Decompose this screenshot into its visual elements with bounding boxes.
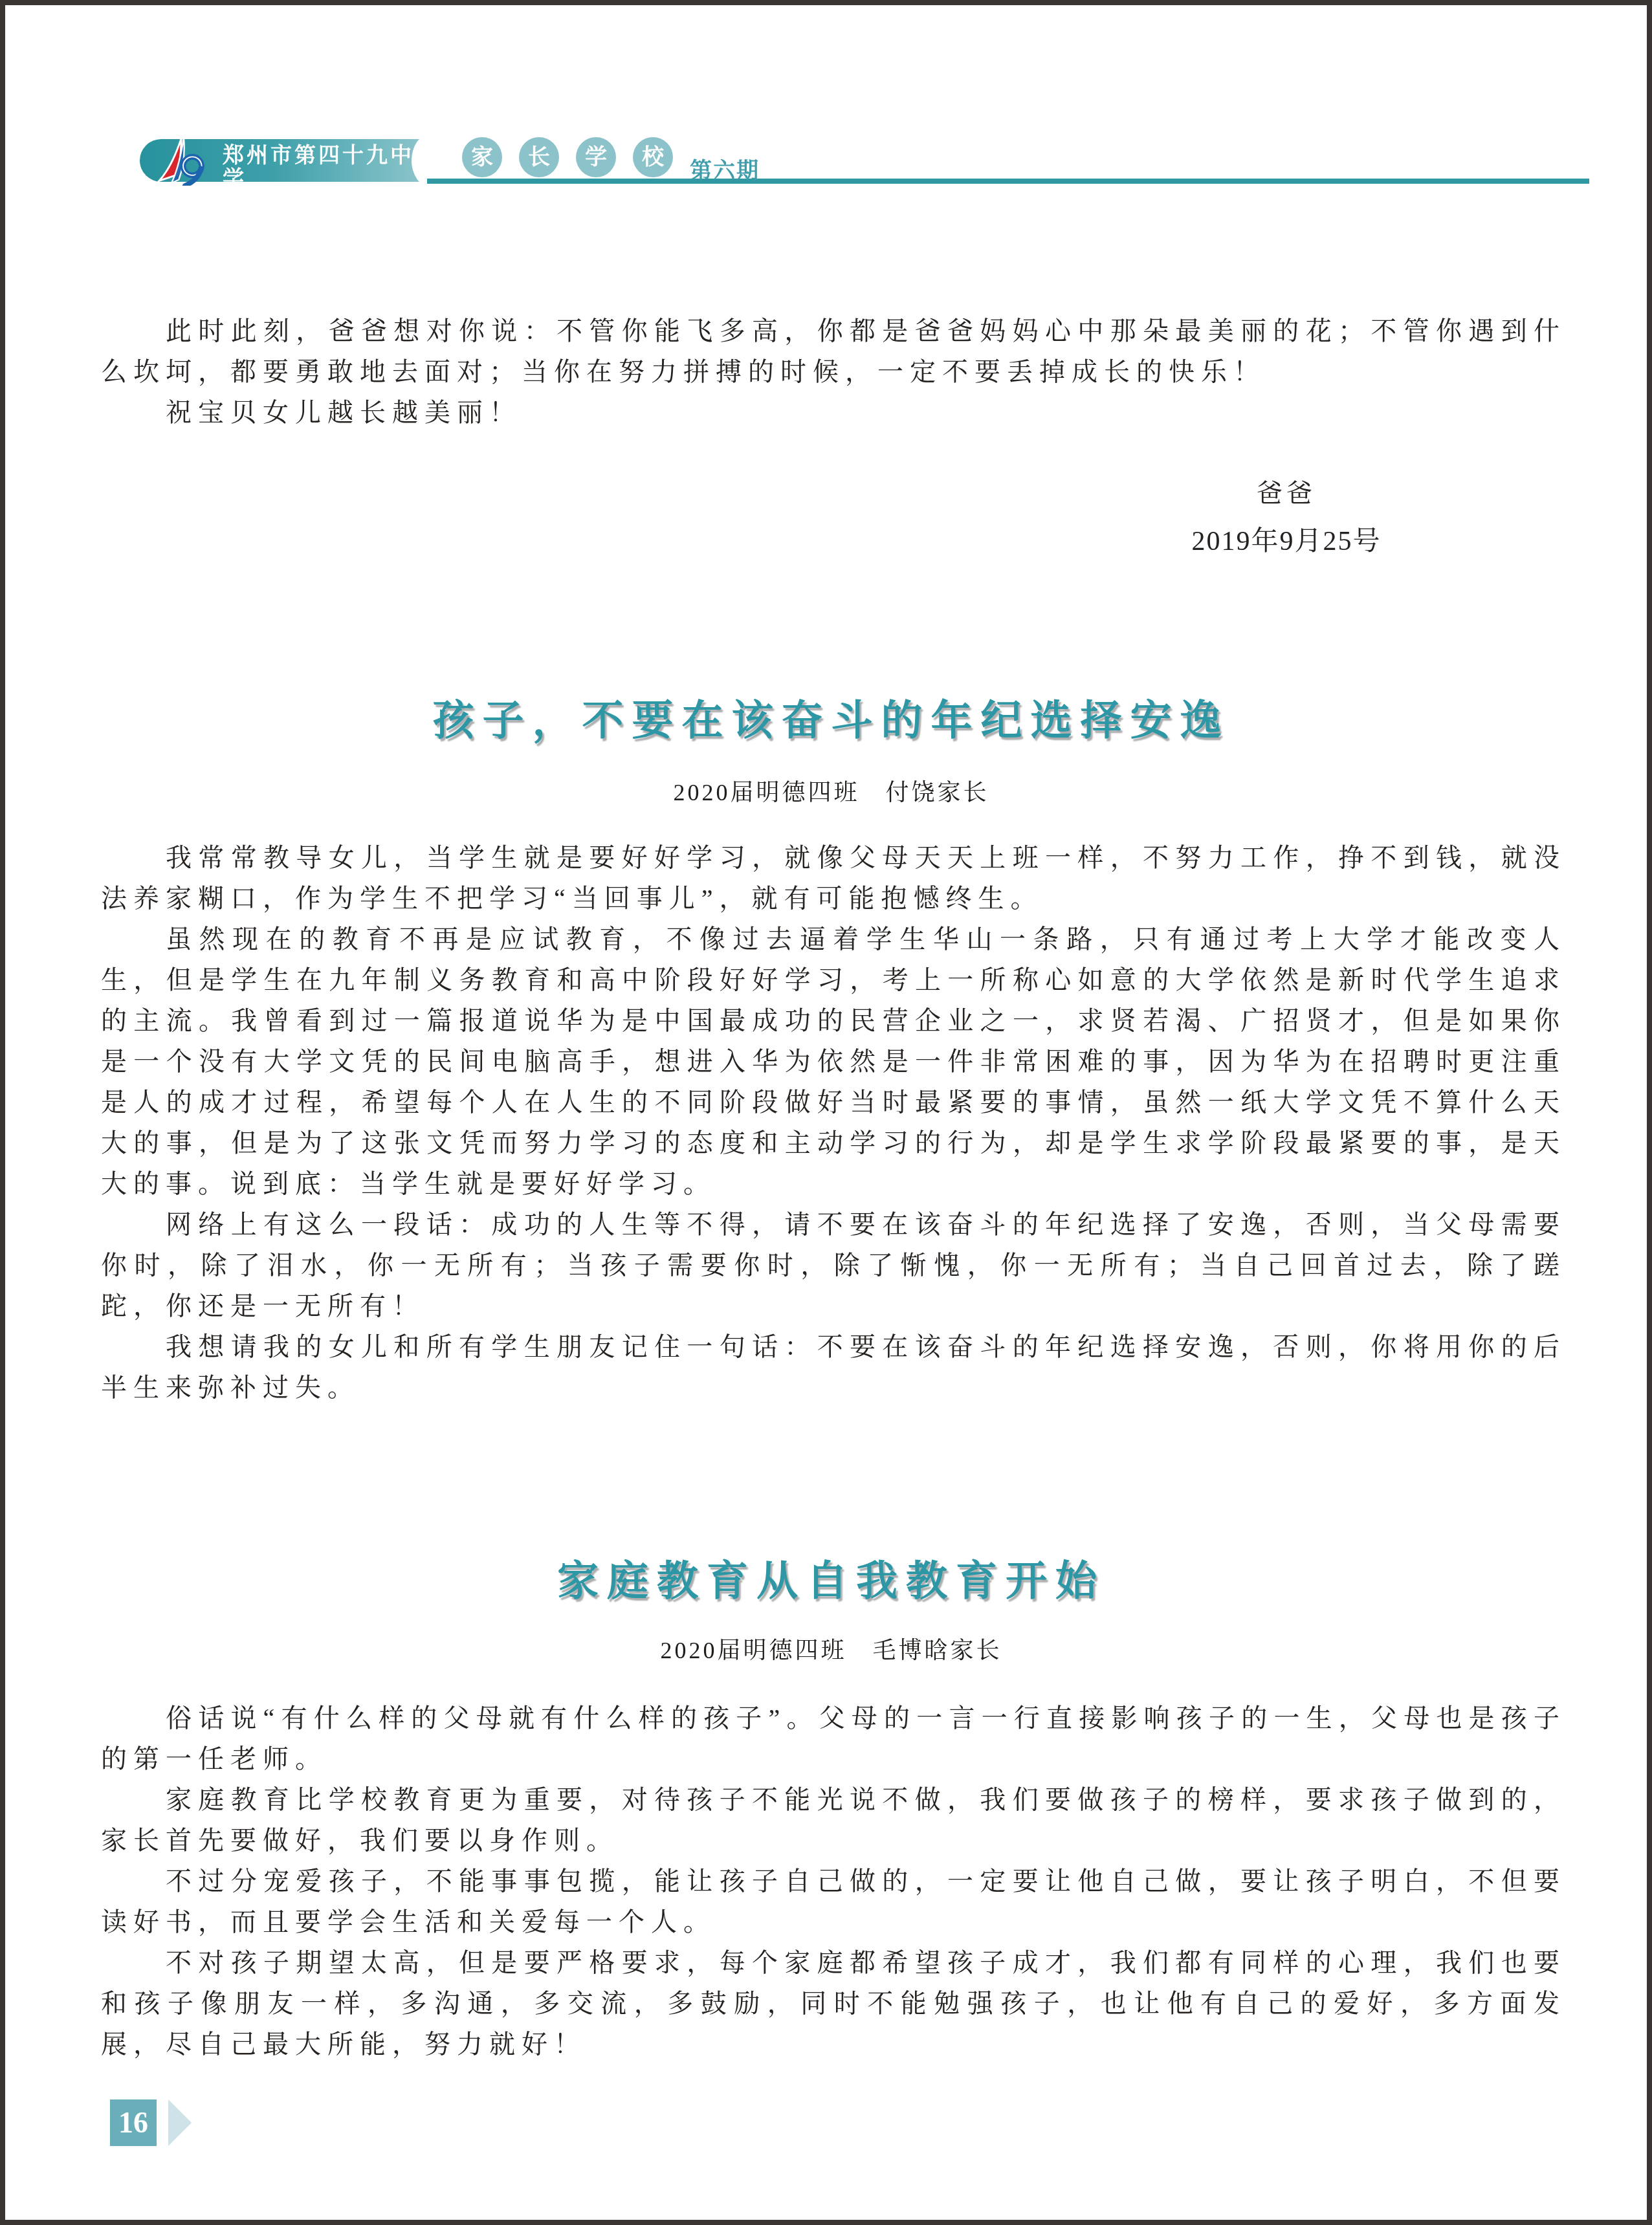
- letter-paragraph: 祝宝贝女儿越长越美丽！: [101, 392, 1566, 433]
- program-circle-xue: 学: [576, 137, 616, 177]
- page-number-arrow-icon: [168, 2099, 192, 2146]
- header-rule: [427, 179, 1589, 184]
- article2-body: 俗话说“有什么样的父母就有什么样的孩子”。父母的一言一行直接影响孩子的一生，父母…: [101, 1698, 1566, 2065]
- article1-paragraph: 虽然现在的教育不再是应试教育，不像过去逼着学生华山一条路，只有通过考上大学才能改…: [101, 919, 1566, 1204]
- article1-paragraph: 网络上有这么一段话：成功的人生等不得，请不要在该奋斗的年纪选择了安逸，否则，当父…: [101, 1204, 1566, 1326]
- program-char: 家: [471, 145, 493, 170]
- school-name-cn: 郑州市第四十九中学: [223, 144, 429, 190]
- article2-paragraph: 俗话说“有什么样的父母就有什么样的孩子”。父母的一言一行直接影响孩子的一生，父母…: [101, 1698, 1566, 1779]
- school-name-block: 郑州市第四十九中学 Zhengzhou NO.49 Middle School: [223, 144, 429, 204]
- program-char: 校: [642, 145, 664, 170]
- article1-body: 我常常教导女儿，当学生就是要好好学习，就像父母天天上班一样，不努力工作，挣不到钱…: [101, 837, 1566, 1408]
- program-char: 长: [528, 145, 550, 170]
- article2-paragraph: 不过分宠爱孩子，不能事事包揽，能让孩子自己做的，一定要让他自己做，要让孩子明白，…: [101, 1861, 1566, 1942]
- article1-byline: 2020届明德四班 付饶家长: [5, 780, 1652, 806]
- magazine-page: 郑州市第四十九中学 Zhengzhou NO.49 Middle School …: [0, 0, 1652, 2225]
- article2-byline: 2020届明德四班 毛博晗家长: [5, 1638, 1652, 1663]
- school-sail-49-logo-icon: [153, 137, 215, 186]
- article2-paragraph: 不对孩子期望太高，但是要严格要求，每个家庭都希望孩子成才，我们都有同样的心理，我…: [101, 1942, 1566, 2065]
- issue-label: 第六期: [690, 153, 760, 184]
- article2-paragraph: 家庭教育比学校教育更为重要，对待孩子不能光说不做，我们要做孩子的榜样，要求孩子做…: [101, 1779, 1566, 1861]
- program-circle-xiao: 校: [633, 137, 673, 177]
- article1-title: 孩子，不要在该奋斗的年纪选择安逸: [5, 694, 1652, 746]
- article1-paragraph: 我常常教导女儿，当学生就是要好好学习，就像父母天天上班一样，不努力工作，挣不到钱…: [101, 837, 1566, 919]
- letter-body: 此时此刻，爸爸想对你说：不管你能飞多高，你都是爸爸妈妈心中那朵最美丽的花；不管你…: [101, 311, 1566, 433]
- letter-signature-block: 爸爸 2019年9月25号: [1105, 469, 1468, 566]
- letter-paragraph: 此时此刻，爸爸想对你说：不管你能飞多高，你都是爸爸妈妈心中那朵最美丽的花；不管你…: [101, 311, 1566, 392]
- article2-title: 家庭教育从自我教育开始: [5, 1555, 1652, 1606]
- article1-paragraph: 我想请我的女儿和所有学生朋友记住一句话：不要在该奋斗的年纪选择安逸，否则，你将用…: [101, 1326, 1566, 1408]
- school-name-en: Zhengzhou NO.49 Middle School: [223, 190, 429, 204]
- letter-signature: 爸爸: [1105, 469, 1468, 518]
- program-circle-jia: 家: [462, 137, 502, 177]
- program-char: 学: [585, 145, 607, 170]
- letter-date: 2019年9月25号: [1105, 518, 1468, 566]
- program-circle-zhang: 长: [519, 137, 559, 177]
- page-number-badge: 16: [110, 2099, 157, 2146]
- header-banner: 郑州市第四十九中学 Zhengzhou NO.49 Middle School: [140, 139, 429, 182]
